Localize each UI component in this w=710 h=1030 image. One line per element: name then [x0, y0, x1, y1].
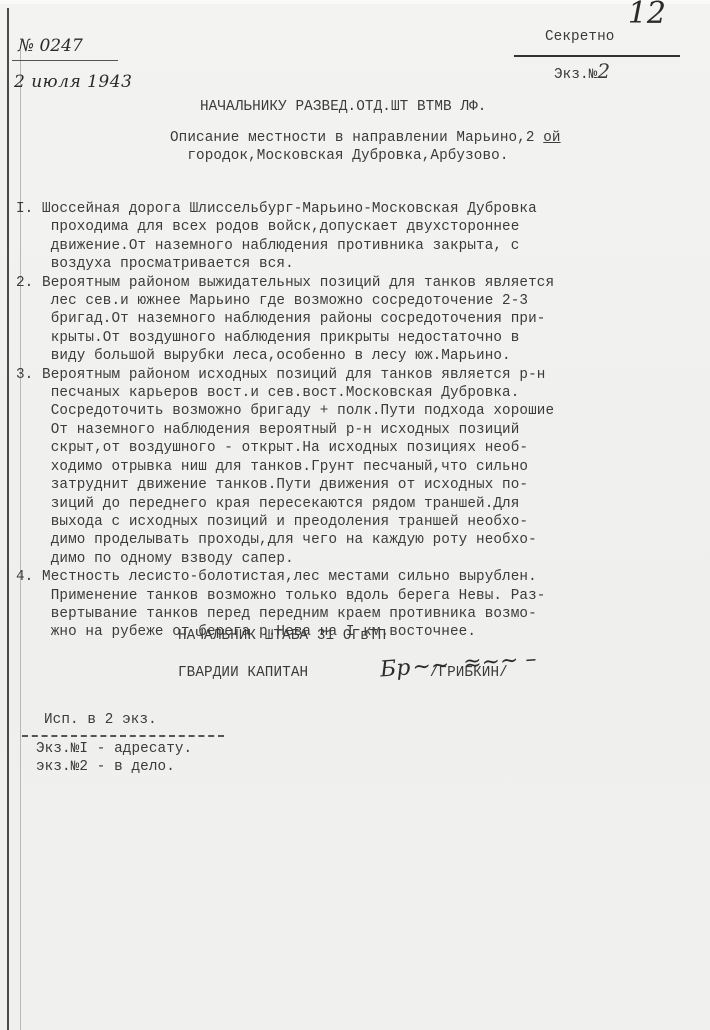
- copies-divider: [22, 735, 224, 737]
- scanned-document-page: 12 № 0247 2 июля 1943 Секретно Экз.№2 НА…: [0, 0, 710, 1030]
- copy-number-line: Экз.№2: [554, 62, 610, 84]
- item-line: лес сев.и южнее Марьино где возможно сос…: [16, 292, 554, 310]
- item-line: Применение танков возможно только вдоль …: [16, 587, 554, 605]
- item-text: Вероятным районом исходных позиций для т…: [42, 367, 545, 383]
- item-line: песчаных карьеров вост.и сев.вост.Москов…: [16, 384, 554, 402]
- item-number: [16, 293, 51, 309]
- classification-stamp: Секретно: [545, 28, 614, 46]
- item-number: [16, 238, 51, 254]
- item-first-line: 2. Вероятным районом выжидательных позиц…: [16, 274, 554, 292]
- page-top-edge: [0, 0, 710, 4]
- item-number: [16, 514, 51, 530]
- item-number: [16, 311, 51, 327]
- item-number: 4.: [16, 569, 42, 585]
- item-line: движение.От наземного наблюдения противн…: [16, 237, 554, 255]
- item-line: затруднит движение танков.Пути движения …: [16, 476, 554, 494]
- item-number: [16, 422, 51, 438]
- item-text: виду большой вырубки леса,особенно в лес…: [51, 348, 511, 364]
- subject-line-2: городок,Московская Дубровка,Арбузово.: [187, 148, 508, 164]
- numbered-items: I. Шоссейная дорога Шлиссельбург-Марьино…: [16, 200, 554, 642]
- item-number: [16, 440, 51, 456]
- item-text: крыты.От воздушного наблюдения прикрыты …: [51, 330, 520, 346]
- binding-margin-line: [7, 8, 9, 1030]
- item-text: Сосредоточить возможно бригаду + полк.Пу…: [51, 403, 554, 419]
- item-line: вертывание танков перед передним краем п…: [16, 605, 554, 623]
- addressee-line: НАЧАЛЬНИКУ РАЗВЕД.ОТД.ШТ ВТМВ ЛФ.: [200, 98, 486, 116]
- item-text: зиций до переднего края пересекаются ряд…: [51, 496, 520, 512]
- page-number: 12: [628, 0, 666, 31]
- registration-divider: [12, 60, 118, 61]
- item-text: ходимо отрывка ниш для танков.Грунт песч…: [51, 459, 528, 475]
- item-text: Шоссейная дорога Шлиссельбург-Марьино-Мо…: [42, 201, 537, 217]
- item-line: проходима для всех родов войск,допускает…: [16, 218, 554, 236]
- registration-number: № 0247: [18, 36, 83, 56]
- copies-note: Исп. в 2 экз.: [44, 711, 157, 729]
- item-line: димо проделывать проходы,для чего на каж…: [16, 531, 554, 549]
- list-item: 2. Вероятным районом выжидательных позиц…: [16, 274, 554, 366]
- item-number: 2.: [16, 275, 42, 291]
- item-text: затруднит движение танков.Пути движения …: [51, 477, 528, 493]
- item-first-line: 3. Вероятным районом исходных позиций дл…: [16, 366, 554, 384]
- item-line: бригад.От наземного наблюдения районы со…: [16, 310, 554, 328]
- item-number: [16, 330, 51, 346]
- item-number: [16, 477, 51, 493]
- list-item: 3. Вероятным районом исходных позиций дл…: [16, 366, 554, 568]
- distribution-list: Экз.№I - адресату. экз.№2 - в дело.: [36, 740, 192, 777]
- distribution-item: экз.№2 - в дело.: [36, 759, 175, 775]
- item-line: скрыт,от воздушного - открыт.На исходных…: [16, 439, 554, 457]
- item-text: вертывание танков перед передним краем п…: [51, 606, 537, 622]
- item-text: скрыт,от воздушного - открыт.На исходных…: [51, 440, 528, 456]
- item-text: От наземного наблюдения вероятный р-н ис…: [51, 422, 520, 438]
- item-line: Сосредоточить возможно бригаду + полк.Пу…: [16, 402, 554, 420]
- item-first-line: 4. Местность лесисто-болотистая,лес мест…: [16, 568, 554, 586]
- item-text: проходима для всех родов войск,допускает…: [51, 219, 520, 235]
- item-line: димо по одному взводу сапер.: [16, 550, 554, 568]
- item-line: выхода с исходных позиций и преодоления …: [16, 513, 554, 531]
- signatory-title: НАЧАЛЬНИК ШТАБА 31 ОГвТП: [178, 627, 386, 645]
- item-line: ходимо отрывка ниш для танков.Грунт песч…: [16, 458, 554, 476]
- item-text: бригад.От наземного наблюдения районы со…: [51, 311, 546, 327]
- item-number: 3.: [16, 367, 42, 383]
- item-line: виду большой вырубки леса,особенно в лес…: [16, 347, 554, 365]
- item-line: От наземного наблюдения вероятный р-н ис…: [16, 421, 554, 439]
- item-text: движение.От наземного наблюдения противн…: [51, 238, 520, 254]
- item-text: песчаных карьеров вост.и сев.вост.Москов…: [51, 385, 520, 401]
- item-number: [16, 496, 51, 512]
- item-text: димо по одному взводу сапер.: [51, 551, 294, 567]
- item-number: [16, 219, 51, 235]
- item-number: [16, 624, 51, 640]
- classification-divider: [514, 55, 680, 57]
- item-text: Местность лесисто-болотистая,лес местами…: [42, 569, 537, 585]
- list-item: I. Шоссейная дорога Шлиссельбург-Марьино…: [16, 200, 554, 274]
- item-number: [16, 403, 51, 419]
- item-line: зиций до переднего края пересекаются ряд…: [16, 495, 554, 513]
- item-number: [16, 348, 51, 364]
- item-text: лес сев.и южнее Марьино где возможно сос…: [51, 293, 528, 309]
- item-number: [16, 385, 51, 401]
- item-text: димо проделывать проходы,для чего на каж…: [51, 532, 537, 548]
- item-number: [16, 606, 51, 622]
- item-number: [16, 256, 51, 272]
- subject-line-1: Описание местности в направлении Марьино…: [170, 130, 543, 146]
- copy-number: 2: [597, 59, 610, 83]
- item-number: [16, 588, 51, 604]
- item-line: воздуха просматривается вся.: [16, 255, 554, 273]
- item-line: крыты.От воздушного наблюдения прикрыты …: [16, 329, 554, 347]
- item-number: I.: [16, 201, 42, 217]
- registration-date: 2 июля 1943: [14, 72, 132, 92]
- item-number: [16, 532, 51, 548]
- item-text: выхода с исходных позиций и преодоления …: [51, 514, 528, 530]
- item-text: Вероятным районом выжидательных позиций …: [42, 275, 554, 291]
- item-number: [16, 459, 51, 475]
- item-text: воздуха просматривается вся.: [51, 256, 294, 272]
- item-first-line: I. Шоссейная дорога Шлиссельбург-Марьино…: [16, 200, 554, 218]
- item-text: Применение танков возможно только вдоль …: [51, 588, 546, 604]
- subject-underlined: ой: [543, 130, 560, 146]
- document-subject: Описание местности в направлении Марьино…: [170, 129, 561, 166]
- signatory-rank: ГВАРДИИ КАПИТАН: [178, 665, 308, 681]
- copy-label: Экз.№: [554, 67, 597, 83]
- item-number: [16, 551, 51, 567]
- distribution-item: Экз.№I - адресату.: [36, 741, 192, 757]
